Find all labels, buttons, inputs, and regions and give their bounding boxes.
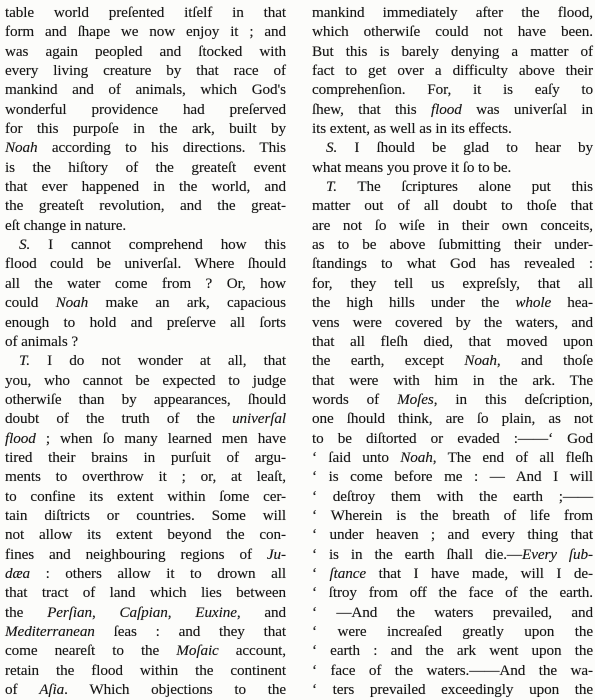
text-line: for this purpoſe in the ark, built by <box>5 119 286 138</box>
text-segment: the greateſt revolution, and the great- <box>5 197 286 214</box>
text-segment: I ſhould be glad to hear by <box>337 139 593 156</box>
text-segment: ; when ſo many learned men have <box>36 430 286 447</box>
text-line: for, they tell us expreſsly, that all <box>312 274 593 293</box>
text-line: ſhew, that this flood was univerſal in <box>312 100 593 119</box>
text-line: T. I do not wonder at all, that <box>5 351 286 370</box>
text-segment: you, who cannot be expected to judge <box>5 372 286 389</box>
text-line: all the water come from ? Or, how <box>5 274 286 293</box>
text-line: mankind and of animals, which God's <box>5 80 286 99</box>
text-segment: of <box>5 681 39 698</box>
text-segment: ‘ <box>312 565 330 582</box>
text-segment: that ever happened in the world, and <box>5 178 286 195</box>
text-line: vens were covered by the waters, and <box>312 313 593 332</box>
text-segment: . Which objections to the <box>64 681 286 698</box>
text-line: the high hills under the whole hea- <box>312 293 593 312</box>
text-segment: hea- <box>551 294 593 311</box>
text-segment: ‘ ſtroy from off the face of the earth. <box>312 584 593 601</box>
text-line: ‘ is come before me : — And I will <box>312 467 593 486</box>
text-line: come neareſt to the Moſaic account, <box>5 641 286 660</box>
text-line: T. The ſcriptures alone put this <box>312 177 593 196</box>
text-line: you, who cannot be expected to judge <box>5 371 286 390</box>
text-segment: as to be above ſubmitting their under- <box>312 236 593 253</box>
text-line: retain the flood within the continent <box>5 661 286 680</box>
text-segment: eſt change in nature. <box>5 217 126 234</box>
italic-text-segment: S. <box>19 236 30 253</box>
text-line: ‘ ſtroy from off the face of the earth. <box>312 583 593 602</box>
text-segment: vens were covered by the waters, and <box>312 314 593 331</box>
text-line: tain diſtricts or countries. Some will <box>5 506 286 525</box>
text-segment: mankind immediately after the flood, <box>312 4 593 21</box>
text-segment: ‘ deſtroy them with the earth ;—— <box>312 488 593 505</box>
text-segment: one ſhould think, are ſo plain, as not <box>312 410 593 427</box>
text-segment: the earth, except <box>312 352 464 369</box>
text-segment: that all fleſh died, that moved upon <box>312 333 593 350</box>
text-line: ‘ —And the waters prevailed, and <box>312 603 593 622</box>
text-segment: ‘ Wherein is the breath of life from <box>312 507 593 524</box>
italic-text-segment: Noah <box>400 449 433 466</box>
text-segment: that were with him in the ark. The <box>312 372 593 389</box>
text-segment: ſhew, that this <box>312 101 431 118</box>
text-line: words of Moſes, in this deſcription, <box>312 390 593 409</box>
text-line: otherwiſe than by appearances, ſhould <box>5 390 286 409</box>
text-line: that tract of land which lies between <box>5 583 286 602</box>
text-segment: , and thoſe <box>497 352 593 369</box>
text-segment: every living creature by that race of <box>5 62 286 79</box>
text-line: of animals ? <box>5 332 286 351</box>
text-segment: according to his directions. This <box>38 139 286 156</box>
text-segment: flood could be univerſal. Where ſhould <box>5 255 286 272</box>
text-segment: tain diſtricts or countries. Some will <box>5 507 286 524</box>
italic-text-segment: Caſpian <box>119 604 167 621</box>
italic-text-segment: univerſal <box>232 410 286 427</box>
text-column-right: mankind immediately after the flood,whic… <box>312 3 593 700</box>
text-line: its extent, as well as in its effects. <box>312 119 593 138</box>
text-line: are not ſo wiſe in their own conceits, <box>312 216 593 235</box>
italic-text-segment: T. <box>19 352 30 369</box>
text-line: ments to overthrow it ; or, at leaſt, <box>5 467 286 486</box>
italic-text-segment: Noah <box>56 294 89 311</box>
text-line: flood ; when ſo many learned men have <box>5 429 286 448</box>
text-segment: ‘ under heaven ; and every thing that <box>312 526 593 543</box>
italic-text-segment: whole <box>515 294 551 311</box>
italic-text-segment: Aſia <box>39 681 64 698</box>
italic-text-segment: S. <box>326 139 337 156</box>
text-line: ‘ under heaven ; and every thing that <box>312 525 593 544</box>
text-segment: the high hills under the <box>312 294 515 311</box>
text-line: ‘ ſaid unto Noah, The end of all fleſh <box>312 448 593 467</box>
text-line: eſt change in nature. <box>5 216 286 235</box>
text-segment: doubt of the truth of the <box>5 410 232 427</box>
text-line: the earth, except Noah, and thoſe <box>312 351 593 370</box>
text-segment: , and <box>237 604 286 621</box>
text-line: what means you prove it ſo to be. <box>312 158 593 177</box>
text-segment: The ſcriptures alone put this <box>337 178 593 195</box>
text-line: to be diſtorted or evaded :——‘ God <box>312 429 593 448</box>
text-line: fact to get over a difficulty above thei… <box>312 61 593 80</box>
text-segment: all the water come from ? Or, how <box>5 275 286 292</box>
text-segment: come neareſt to the <box>5 642 176 659</box>
italic-text-segment: Moſes <box>397 391 434 408</box>
text-segment: ‘ ſaid unto <box>312 449 400 466</box>
text-segment: was univerſal in <box>462 101 593 118</box>
text-segment: which otherwiſe could not have been. <box>312 23 593 40</box>
text-segment: comprehenſion. For, it is eaſy to <box>312 81 593 98</box>
text-line: the greateſt revolution, and the great- <box>5 196 286 215</box>
italic-text-segment: flood <box>431 101 462 118</box>
text-segment: mankind and of animals, which God's <box>5 81 286 98</box>
text-line: ‘ ſtance that I have made, will I de- <box>312 564 593 583</box>
italic-text-segment: Euxine <box>195 604 237 621</box>
text-segment: that tract of land which lies between <box>5 584 286 601</box>
text-segment: tired their brains in purſuit of argu- <box>5 449 286 466</box>
text-segment: was again peopled and ſtocked with <box>5 43 286 60</box>
text-line: that all fleſh died, that moved upon <box>312 332 593 351</box>
italic-text-segment: dæa <box>5 565 30 582</box>
italic-text-segment: Perſian <box>47 604 92 621</box>
text-line: ‘ Wherein is the breath of life from <box>312 506 593 525</box>
text-line: ſtandings to what God has revealed : <box>312 254 593 273</box>
text-line: wonderful providence had preſerved <box>5 100 286 119</box>
text-segment: to be diſtorted or evaded :——‘ God <box>312 430 593 447</box>
text-segment: its extent, as well as in its effects. <box>312 120 512 137</box>
text-line: to confine its extent within ſome cer- <box>5 487 286 506</box>
text-line: ‘ ters prevailed exceedingly upon the <box>312 680 593 699</box>
text-segment: are not ſo wiſe in their own conceits, <box>312 217 593 234</box>
text-line: which otherwiſe could not have been. <box>312 22 593 41</box>
italic-text-segment: Every ſub- <box>522 546 593 563</box>
text-line: dæa : others allow it to drown all <box>5 564 286 583</box>
text-line: table world preſented itſelf in that <box>5 3 286 22</box>
text-segment: I cannot comprehend how this <box>30 236 286 253</box>
italic-text-segment: T. <box>326 178 337 195</box>
text-segment: retain the flood within the continent <box>5 662 286 679</box>
italic-text-segment: Mediterranean <box>5 623 95 640</box>
text-line: that were with him in the ark. The <box>312 371 593 390</box>
text-line: form and ſhape we now enjoy it ; and <box>5 22 286 41</box>
text-segment: form and ſhape we now enjoy it ; and <box>5 23 286 40</box>
text-segment: fact to get over a difficulty above thei… <box>312 62 593 79</box>
text-line: ‘ is in the earth ſhall die.—Every ſub- <box>312 545 593 564</box>
text-line: ‘ earth : and the ark went upon the <box>312 641 593 660</box>
text-segment: for this purpoſe in the ark, built by <box>5 120 286 137</box>
text-line: is the hiſtory of the greateſt event <box>5 158 286 177</box>
text-segment: the <box>5 604 47 621</box>
italic-text-segment: flood <box>5 430 36 447</box>
text-segment: ‘ ters prevailed exceedingly upon the <box>312 681 593 698</box>
text-line: fines and neighbouring regions of Ju- <box>5 545 286 564</box>
text-segment: ments to overthrow it ; or, at leaſt, <box>5 468 286 485</box>
text-line: ‘ face of the waters.——And the wa- <box>312 661 593 680</box>
text-segment: is the hiſtory of the greateſt event <box>5 159 286 176</box>
text-segment: ‘ earth : and the ark went upon the <box>312 642 593 659</box>
text-segment: enough to hold and preſerve all ſorts <box>5 314 286 331</box>
text-segment: ‘ face of the waters.——And the wa- <box>312 662 593 679</box>
text-line: not allow its extent beyond the con- <box>5 525 286 544</box>
text-line: comprehenſion. For, it is eaſy to <box>312 80 593 99</box>
text-line: S. I ſhould be glad to hear by <box>312 138 593 157</box>
book-page: table world preſented itſelf in thatform… <box>0 0 595 700</box>
text-line: ‘ were increaſed greatly upon the <box>312 622 593 641</box>
text-line: Mediterranean ſeas : and they that <box>5 622 286 641</box>
text-line: the Perſian, Caſpian, Euxine, and <box>5 603 286 622</box>
text-line: of Aſia. Which objections to the <box>5 680 286 699</box>
text-segment: table world preſented itſelf in that <box>5 4 286 21</box>
text-segment: But this is barely denying a matter of <box>312 43 593 60</box>
text-segment: ‘ is come before me : — And I will <box>312 468 593 485</box>
text-line: matter out of all doubt to thoſe that <box>312 196 593 215</box>
text-segment: , The end of all fleſh <box>433 449 593 466</box>
text-line: flood could be univerſal. Where ſhould <box>5 254 286 273</box>
text-segment: , <box>92 604 120 621</box>
text-line: enough to hold and preſerve all ſorts <box>5 313 286 332</box>
text-line: as to be above ſubmitting their under- <box>312 235 593 254</box>
italic-text-segment: Ju- <box>267 546 286 563</box>
text-segment: fines and neighbouring regions of <box>5 546 267 563</box>
text-segment: ‘ —And the waters prevailed, and <box>312 604 593 621</box>
text-segment: to confine its extent within ſome cer- <box>5 488 286 505</box>
text-segment: that I have made, will I de- <box>366 565 593 582</box>
text-segment: matter out of all doubt to thoſe that <box>312 197 593 214</box>
text-segment: what means you prove it ſo to be. <box>312 159 511 176</box>
text-line: was again peopled and ſtocked with <box>5 42 286 61</box>
italic-text-segment: Noah <box>464 352 497 369</box>
text-segment: , in this deſcription, <box>434 391 593 408</box>
text-line: S. I cannot comprehend how this <box>5 235 286 254</box>
text-segment: for, they tell us expreſsly, that all <box>312 275 593 292</box>
text-line: But this is barely denying a matter of <box>312 42 593 61</box>
text-segment: otherwiſe than by appearances, ſhould <box>5 391 286 408</box>
text-segment: I do not wonder at all, that <box>30 352 286 369</box>
text-segment: could <box>5 294 56 311</box>
text-segment: ‘ is in the earth ſhall die.— <box>312 546 522 563</box>
text-line: one ſhould think, are ſo plain, as not <box>312 409 593 428</box>
text-segment: ‘ were increaſed greatly upon the <box>312 623 593 640</box>
text-line: ‘ deſtroy them with the earth ;—— <box>312 487 593 506</box>
text-line: tired their brains in purſuit of argu- <box>5 448 286 467</box>
text-segment: of animals ? <box>5 333 78 350</box>
text-line: that ever happened in the world, and <box>5 177 286 196</box>
text-line: doubt of the truth of the univerſal <box>5 409 286 428</box>
text-segment: ſeas : and they that <box>95 623 286 640</box>
italic-text-segment: Noah <box>5 139 38 156</box>
text-segment: ſtandings to what God has revealed : <box>312 255 593 272</box>
text-line: could Noah make an ark, capacious <box>5 293 286 312</box>
text-line: Noah according to his directions. This <box>5 138 286 157</box>
text-segment: words of <box>312 391 397 408</box>
text-segment: , <box>168 604 196 621</box>
italic-text-segment: Moſaic <box>176 642 218 659</box>
text-segment: not allow its extent beyond the con- <box>5 526 286 543</box>
text-segment: wonderful providence had preſerved <box>5 101 286 118</box>
italic-text-segment: ſtance <box>330 565 367 582</box>
text-line: every living creature by that race of <box>5 61 286 80</box>
text-column-left: table world preſented itſelf in thatform… <box>5 3 286 700</box>
text-line: mankind immediately after the flood, <box>312 3 593 22</box>
text-segment: : others allow it to drown all <box>30 565 286 582</box>
text-segment: account, <box>219 642 286 659</box>
text-segment: make an ark, capacious <box>88 294 286 311</box>
